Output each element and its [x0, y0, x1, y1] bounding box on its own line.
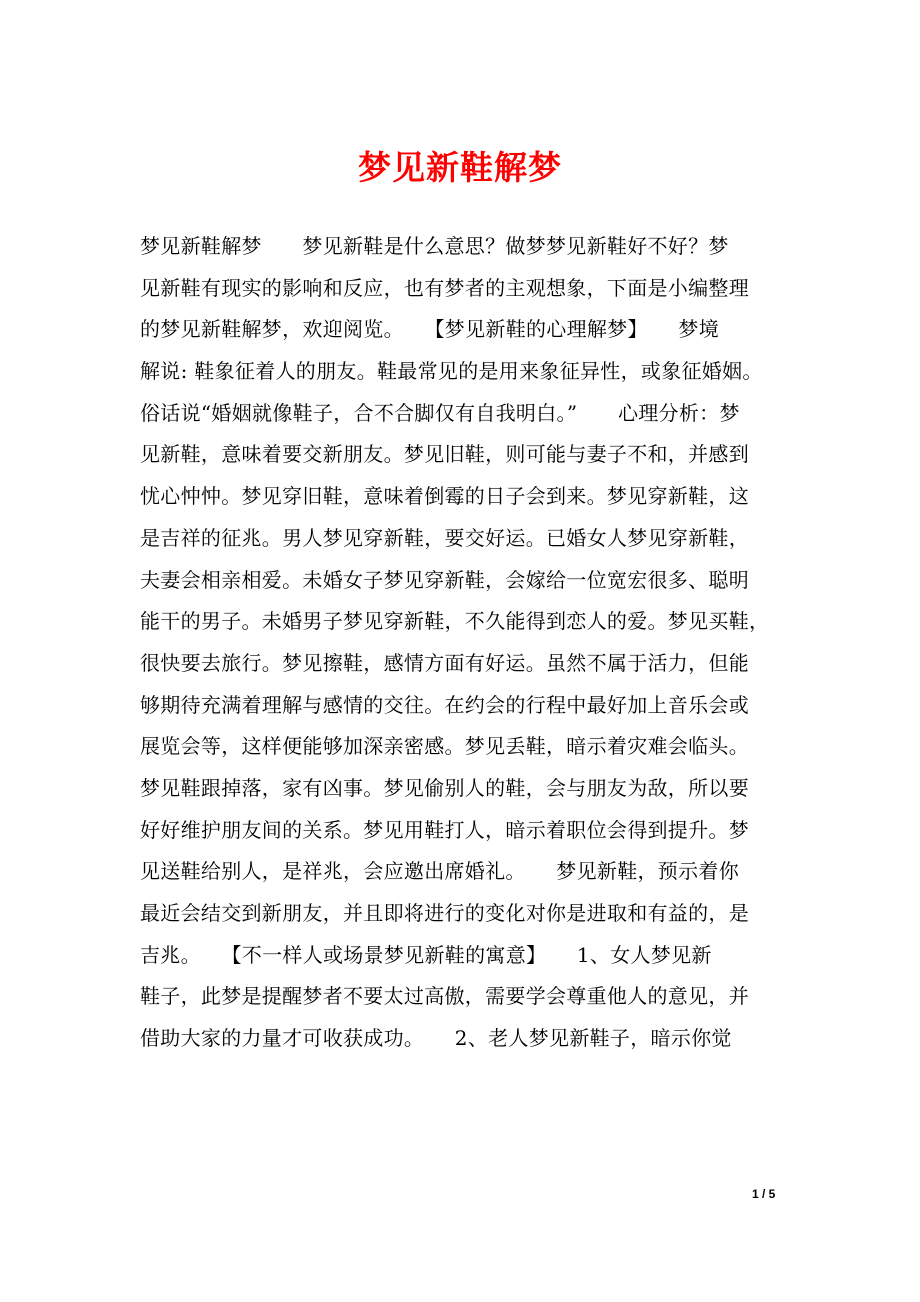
body-line: 夫妻会相亲相爱。未婚女子梦见穿新鞋，会嫁给一位宽宏很多、聪明 — [140, 560, 800, 602]
body-line: 的梦见新鞋解梦，欢迎阅览。 【梦见新鞋的心理解梦】 梦境 — [140, 309, 800, 351]
body-line: 好好维护朋友间的关系。梦见用鞋打人，暗示着职位会得到提升。梦 — [140, 810, 800, 852]
body-line: 梦见鞋跟掉落，家有凶事。梦见偷别人的鞋，会与朋友为敌，所以要 — [140, 768, 800, 810]
body-line: 见新鞋，意味着要交新朋友。梦见旧鞋，则可能与妻子不和，并感到 — [140, 434, 800, 476]
body-line: 展览会等，这样便能够加深亲密感。梦见丢鞋，暗示着灾难会临头。 — [140, 726, 800, 768]
body-line: 见新鞋有现实的影响和反应，也有梦者的主观想象，下面是小编整理 — [140, 268, 800, 310]
body-line: 吉兆。 【不一样人或场景梦见新鞋的寓意】 1、女人梦见新 — [140, 935, 800, 977]
body-line: 鞋子，此梦是提醒梦者不要太过高傲，需要学会尊重他人的意见，并 — [140, 976, 800, 1018]
body-line: 能干的男子。未婚男子梦见穿新鞋，不久能得到恋人的爱。梦见买鞋， — [140, 601, 800, 643]
document-page: 梦见新鞋解梦 梦见新鞋解梦 梦见新鞋是什么意思？做梦梦见新鞋好不好？梦 见新鞋有… — [0, 0, 920, 1302]
body-line: 忧心忡忡。梦见穿旧鞋，意味着倒霉的日子会到来。梦见穿新鞋，这 — [140, 476, 800, 518]
body-line: 解说: 鞋象征着人的朋友。鞋最常见的是用来象征异性，或象征婚姻。 — [140, 351, 800, 393]
body-line: 俗话说“婚姻就像鞋子，合不合脚仅有自我明白。” 心理分析：梦 — [140, 393, 800, 435]
body-line: 借助大家的力量才可收获成功。 2、老人梦见新鞋子，暗示你觉 — [140, 1018, 800, 1060]
body-line: 最近会结交到新朋友，并且即将进行的变化对你是进取和有益的，是 — [140, 893, 800, 935]
page-number: 1 / 5 — [752, 1186, 775, 1202]
document-body: 梦见新鞋解梦 梦见新鞋是什么意思？做梦梦见新鞋好不好？梦 见新鞋有现实的影响和反… — [140, 226, 800, 1060]
body-line: 见送鞋给别人，是祥兆，会应邀出席婚礼。 梦见新鞋，预示着你 — [140, 851, 800, 893]
body-line: 很快要去旅行。梦见擦鞋，感情方面有好运。虽然不属于活力，但能 — [140, 643, 800, 685]
body-line: 够期待充满着理解与感情的交往。在约会的行程中最好加上音乐会或 — [140, 685, 800, 727]
body-line: 梦见新鞋解梦 梦见新鞋是什么意思？做梦梦见新鞋好不好？梦 — [140, 226, 800, 268]
document-title: 梦见新鞋解梦 — [0, 146, 920, 190]
body-line: 是吉祥的征兆。男人梦见穿新鞋，要交好运。已婚女人梦见穿新鞋， — [140, 518, 800, 560]
